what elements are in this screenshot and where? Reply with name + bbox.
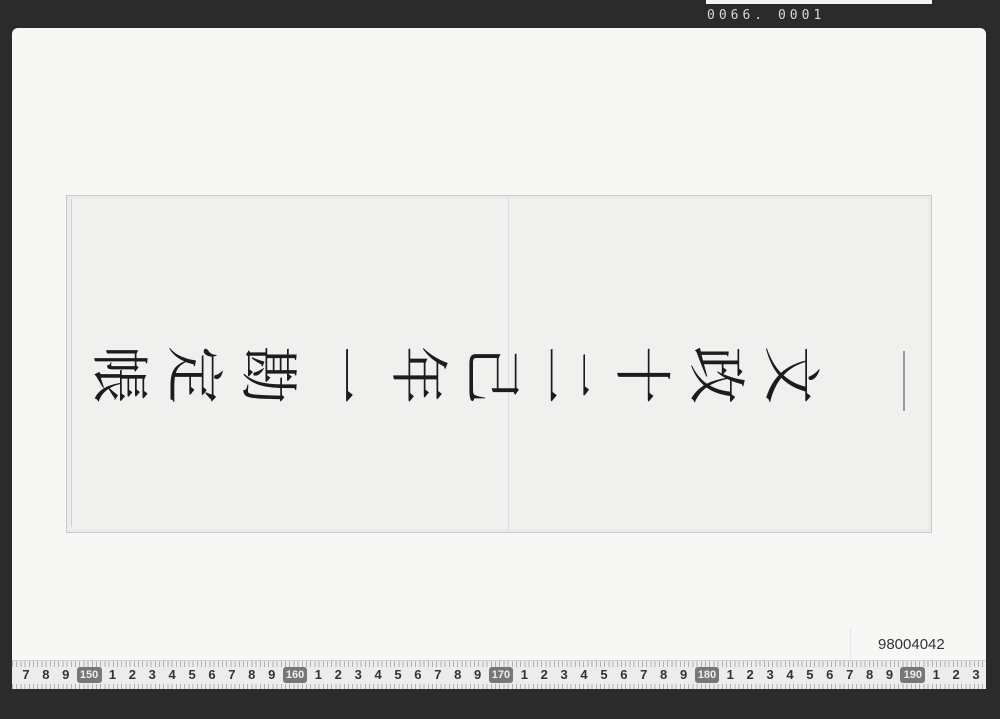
ruler-label: 5 bbox=[388, 667, 408, 683]
measurement-ruler: 7891501234567891601234567891701234567891… bbox=[12, 660, 986, 689]
ruler-label: 3 bbox=[966, 667, 986, 683]
ruler-label: 5 bbox=[594, 667, 614, 683]
ruler-label: 1 bbox=[103, 667, 123, 683]
ruler-label: 3 bbox=[554, 667, 574, 683]
ruler-label: 2 bbox=[328, 667, 348, 683]
title-char: 勘 bbox=[239, 346, 297, 404]
frame-number: 0066. 0001 bbox=[707, 8, 825, 23]
ruler-label: 2 bbox=[946, 667, 966, 683]
ruler-label: 1 bbox=[926, 667, 946, 683]
ruler-label: 1 bbox=[720, 667, 740, 683]
ruler-label: 4 bbox=[162, 667, 182, 683]
title-char: 二 bbox=[538, 346, 596, 404]
ruler-label: 8 bbox=[860, 667, 880, 683]
ruler-label: 4 bbox=[368, 667, 388, 683]
ruler-label: 3 bbox=[142, 667, 162, 683]
binding-mark bbox=[903, 351, 905, 411]
ruler-label: 9 bbox=[56, 667, 76, 683]
ruler-label: 7 bbox=[634, 667, 654, 683]
ruler-label: 170 bbox=[489, 667, 514, 683]
title-char: 一 bbox=[314, 346, 372, 404]
ruler-label: 7 bbox=[428, 667, 448, 683]
ruler-label: 4 bbox=[780, 667, 800, 683]
ruler-label: 190 bbox=[900, 667, 925, 683]
title-char: 己 bbox=[463, 346, 521, 404]
document-title: 文 政 十 二 己 年 一 勘 定 帳 bbox=[90, 315, 820, 435]
ruler-label: 8 bbox=[36, 667, 56, 683]
ruler-label: 150 bbox=[77, 667, 102, 683]
title-char: 帳 bbox=[90, 346, 148, 404]
ruler-label: 3 bbox=[760, 667, 780, 683]
title-char: 年 bbox=[389, 346, 447, 404]
ruler-label: 180 bbox=[695, 667, 720, 683]
ruler-label: 2 bbox=[740, 667, 760, 683]
ruler-label: 6 bbox=[614, 667, 634, 683]
ruler-label: 8 bbox=[654, 667, 674, 683]
catalog-number: 98004042 bbox=[878, 636, 945, 653]
ruler-label: 2 bbox=[534, 667, 554, 683]
ruler-label: 6 bbox=[820, 667, 840, 683]
ruler-label: 1 bbox=[308, 667, 328, 683]
ruler-label: 6 bbox=[202, 667, 222, 683]
ruler-label: 9 bbox=[468, 667, 488, 683]
ruler-label: 9 bbox=[880, 667, 900, 683]
ruler-label: 9 bbox=[674, 667, 694, 683]
ruler-label: 8 bbox=[448, 667, 468, 683]
ruler-label: 7 bbox=[16, 667, 36, 683]
ruler-label: 4 bbox=[574, 667, 594, 683]
ruler-label: 9 bbox=[262, 667, 282, 683]
ruler-label: 8 bbox=[242, 667, 262, 683]
ruler-label: 3 bbox=[348, 667, 368, 683]
ruler-label: 1 bbox=[514, 667, 534, 683]
title-char: 政 bbox=[687, 346, 745, 404]
ruler-label: 2 bbox=[122, 667, 142, 683]
title-char: 十 bbox=[613, 346, 671, 404]
page-edge bbox=[71, 199, 72, 527]
ruler-label: 7 bbox=[840, 667, 860, 683]
ruler-labels: 7891501234567891601234567891701234567891… bbox=[16, 667, 986, 683]
title-char: 定 bbox=[165, 346, 223, 404]
ruler-label: 5 bbox=[800, 667, 820, 683]
ruler-label: 7 bbox=[222, 667, 242, 683]
ruler-label: 5 bbox=[182, 667, 202, 683]
ruler-ticks-bottom bbox=[12, 684, 986, 689]
ruler-label: 6 bbox=[408, 667, 428, 683]
ruler-label: 160 bbox=[283, 667, 308, 683]
title-char: 文 bbox=[762, 346, 820, 404]
film-top-strip bbox=[706, 0, 932, 4]
